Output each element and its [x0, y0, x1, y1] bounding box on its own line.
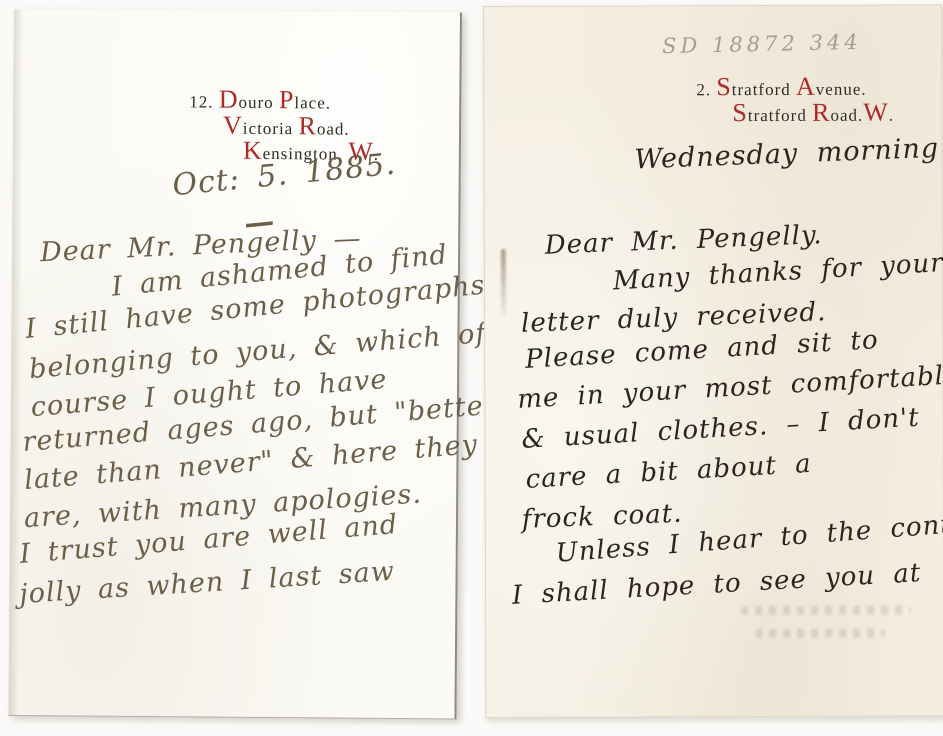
- dateline: Wednesday morning: [634, 133, 940, 176]
- letterhead-text: venue.: [816, 80, 867, 99]
- scanned-letters-canvas: 12. Douro Place. Victoria Road. Kensingt…: [0, 0, 943, 736]
- letterhead-text: lace.: [294, 93, 331, 112]
- letterhead-text: tratford: [748, 106, 812, 125]
- letterhead-cap: P: [279, 85, 295, 114]
- letterhead-text: oad.: [830, 106, 863, 125]
- handwriting-line: care a bit about a: [525, 449, 813, 495]
- letterhead-text: 12.: [189, 92, 219, 111]
- letterhead-cap: A: [796, 72, 816, 101]
- ghost-stamp-line: [741, 606, 911, 616]
- letterhead-text: .: [889, 106, 894, 125]
- ink-stain: [501, 249, 506, 317]
- left-letter-page: 12. Douro Place. Victoria Road. Kensingt…: [8, 9, 462, 719]
- letterhead-line: 12. Douro Place.: [189, 92, 331, 113]
- letterhead-line: 2. Stratford Avenue.: [696, 80, 866, 101]
- archive-number: SD 18872 344: [662, 30, 862, 58]
- letterhead-cap: S: [716, 72, 732, 101]
- letterhead-cap: S: [732, 98, 748, 127]
- letterhead-cap: R: [812, 98, 830, 127]
- letterhead-cap: W: [863, 98, 889, 127]
- letterhead-text: tratford: [732, 80, 796, 99]
- ghost-stamp-line: [755, 629, 885, 638]
- right-letter-page: SD 18872 344 2. Stratford Avenue. Stratf…: [483, 4, 943, 718]
- letterhead-cap: R: [298, 111, 317, 140]
- handwriting-line: frock coat.: [521, 499, 683, 535]
- letterhead-cap: V: [223, 111, 243, 140]
- letterhead-text: ouro: [238, 93, 279, 112]
- salutation-line: Dear Mr. Pengelly.: [544, 220, 823, 261]
- letterhead-cap: D: [219, 85, 239, 114]
- letterhead-text: 2.: [696, 80, 716, 99]
- letterhead-line: Stratford Road.W.: [732, 106, 894, 127]
- ghost-stamp: [741, 605, 916, 652]
- letterhead-text: oad.: [317, 119, 350, 138]
